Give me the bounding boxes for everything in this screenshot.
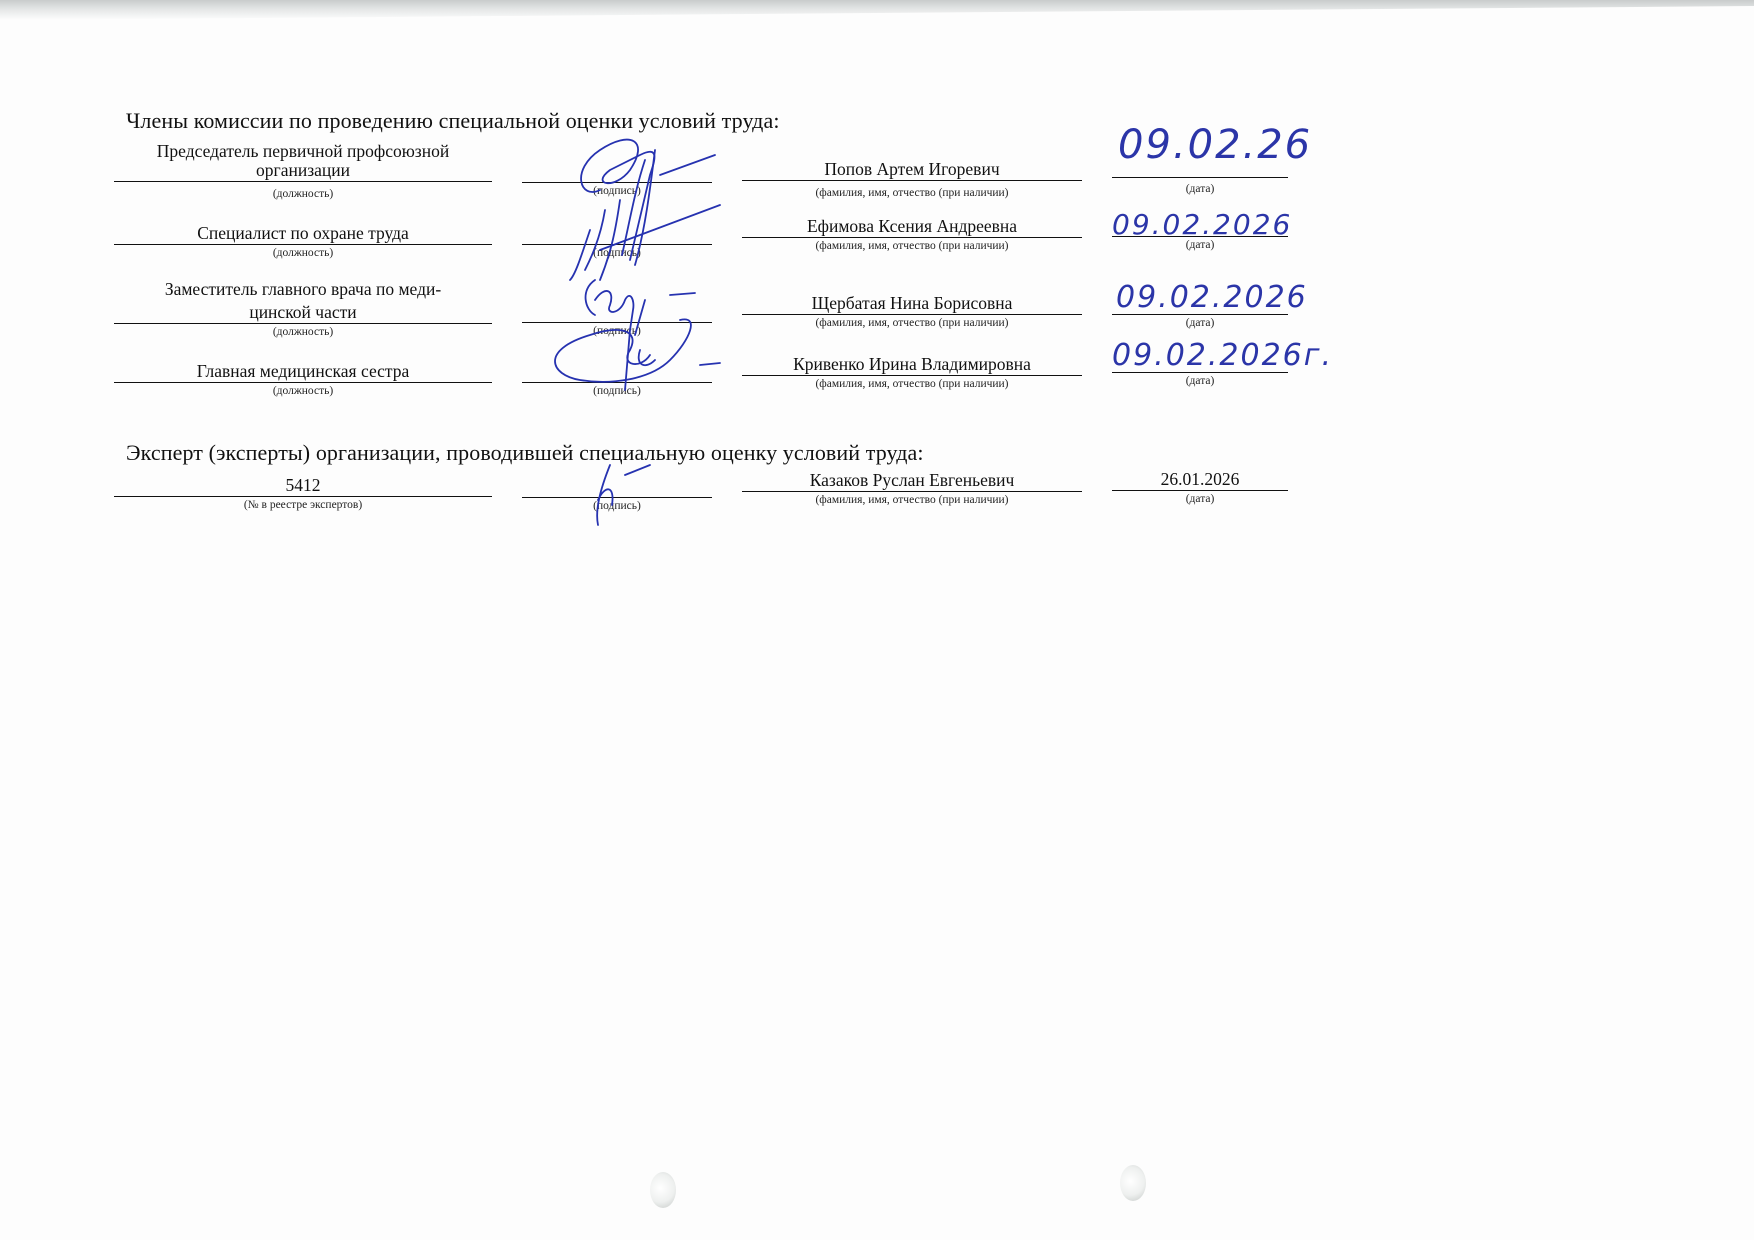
signature-caption: (подпись) — [522, 498, 712, 513]
signature-caption: (подпись) — [522, 183, 712, 198]
member-4-position-value: Главная медицинская сестра — [114, 362, 492, 383]
expert-1-signature: (подпись) — [522, 477, 712, 513]
member-4-signature: (подпись) — [522, 362, 712, 398]
member-1-full-name: Попов Артем Игоревич — [742, 160, 1082, 181]
date-caption: (дата) — [1112, 491, 1288, 506]
signature-caption: (подпись) — [522, 323, 712, 338]
member-4-position: Главная медицинская сестра (должность) — [114, 362, 492, 398]
member-1-position: Председатель первичной профсоюзной орган… — [114, 142, 492, 201]
member-2-position: Специалист по охране труда (должность) — [114, 224, 492, 260]
member-4-full-name: Кривенко Ирина Владимировна — [742, 355, 1082, 376]
scan-edge-shadow — [0, 0, 1754, 20]
member-3-full-name: Щербатая Нина Борисовна — [742, 294, 1082, 315]
member-1-name: Попов Артем Игоревич (фамилия, имя, отче… — [742, 160, 1082, 200]
position-caption: (должность) — [114, 182, 492, 201]
position-caption: (должность) — [114, 383, 492, 398]
punch-hole-left — [650, 1172, 676, 1208]
position-line-1: Заместитель главного врача по меди- — [114, 280, 492, 299]
member-1-signature: (подпись) — [522, 162, 712, 198]
position-line-2: организации — [114, 161, 492, 180]
member-2-name: Ефимова Ксения Андреевна (фамилия, имя, … — [742, 217, 1082, 253]
signature-caption: (подпись) — [522, 245, 712, 260]
member-3-signature: (подпись) — [522, 302, 712, 338]
date-caption: (дата) — [1112, 315, 1288, 330]
member-3-name: Щербатая Нина Борисовна (фамилия, имя, о… — [742, 294, 1082, 330]
name-caption: (фамилия, имя, отчество (при наличии) — [742, 181, 1082, 200]
member-1-handwritten-date: 09.02.26 — [1118, 122, 1312, 168]
name-caption: (фамилия, имя, отчество (при наличии) — [742, 315, 1082, 330]
member-3-position: Заместитель главного врача по меди- цинс… — [114, 280, 492, 339]
name-caption: (фамилия, имя, отчество (при наличии) — [742, 238, 1082, 253]
signature-caption: (подпись) — [522, 383, 712, 398]
expert-1-name: Казаков Руслан Евгеньевич (фамилия, имя,… — [742, 471, 1082, 507]
commission-heading: Члены комиссии по проведению специальной… — [126, 108, 780, 134]
expert-1-full-name: Казаков Руслан Евгеньевич — [742, 471, 1082, 492]
name-caption: (фамилия, имя, отчество (при наличии) — [742, 492, 1082, 507]
registry-caption: (№ в реестре экспертов) — [114, 497, 492, 512]
expert-1-date-value: 26.01.2026 — [1112, 470, 1288, 491]
member-2-signature: (подпись) — [522, 224, 712, 260]
position-line-1: Председатель первичной профсоюзной — [114, 142, 492, 161]
member-2-full-name: Ефимова Ксения Андреевна — [742, 217, 1082, 238]
punch-hole-right — [1120, 1165, 1146, 1201]
member-2-position-value: Специалист по охране труда — [114, 224, 492, 245]
position-line-2: цинской части — [114, 303, 492, 322]
member-4-handwritten-date: 09.02.2026г. — [1112, 338, 1333, 373]
name-caption: (фамилия, имя, отчество (при наличии) — [742, 376, 1082, 391]
expert-1-date: 26.01.2026 (дата) — [1112, 470, 1288, 506]
member-2-handwritten-date: 09.02.2026 — [1112, 208, 1292, 241]
expert-1-registry: 5412 (№ в реестре экспертов) — [114, 476, 492, 512]
member-3-position-value: Заместитель главного врача по меди- цинс… — [114, 280, 492, 324]
experts-heading: Эксперт (эксперты) организации, проводив… — [126, 440, 924, 466]
member-4-name: Кривенко Ирина Владимировна (фамилия, им… — [742, 355, 1082, 391]
expert-1-registry-number: 5412 — [114, 476, 492, 497]
position-caption: (должность) — [114, 245, 492, 260]
member-1-position-value: Председатель первичной профсоюзной орган… — [114, 142, 492, 182]
date-caption: (дата) — [1112, 373, 1288, 388]
date-caption: (дата) — [1112, 178, 1288, 196]
member-3-handwritten-date: 09.02.2026 — [1116, 280, 1308, 315]
position-caption: (должность) — [114, 324, 492, 339]
